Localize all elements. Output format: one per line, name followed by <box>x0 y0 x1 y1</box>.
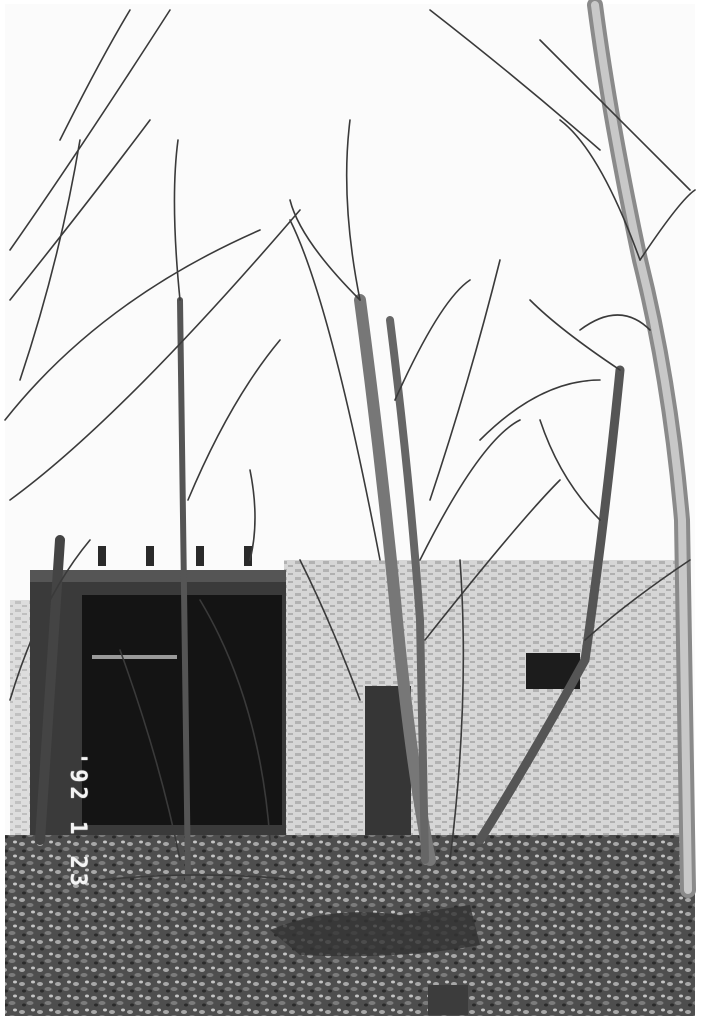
date-stamp: '92 1 23 <box>65 752 90 890</box>
photograph <box>0 0 708 1024</box>
